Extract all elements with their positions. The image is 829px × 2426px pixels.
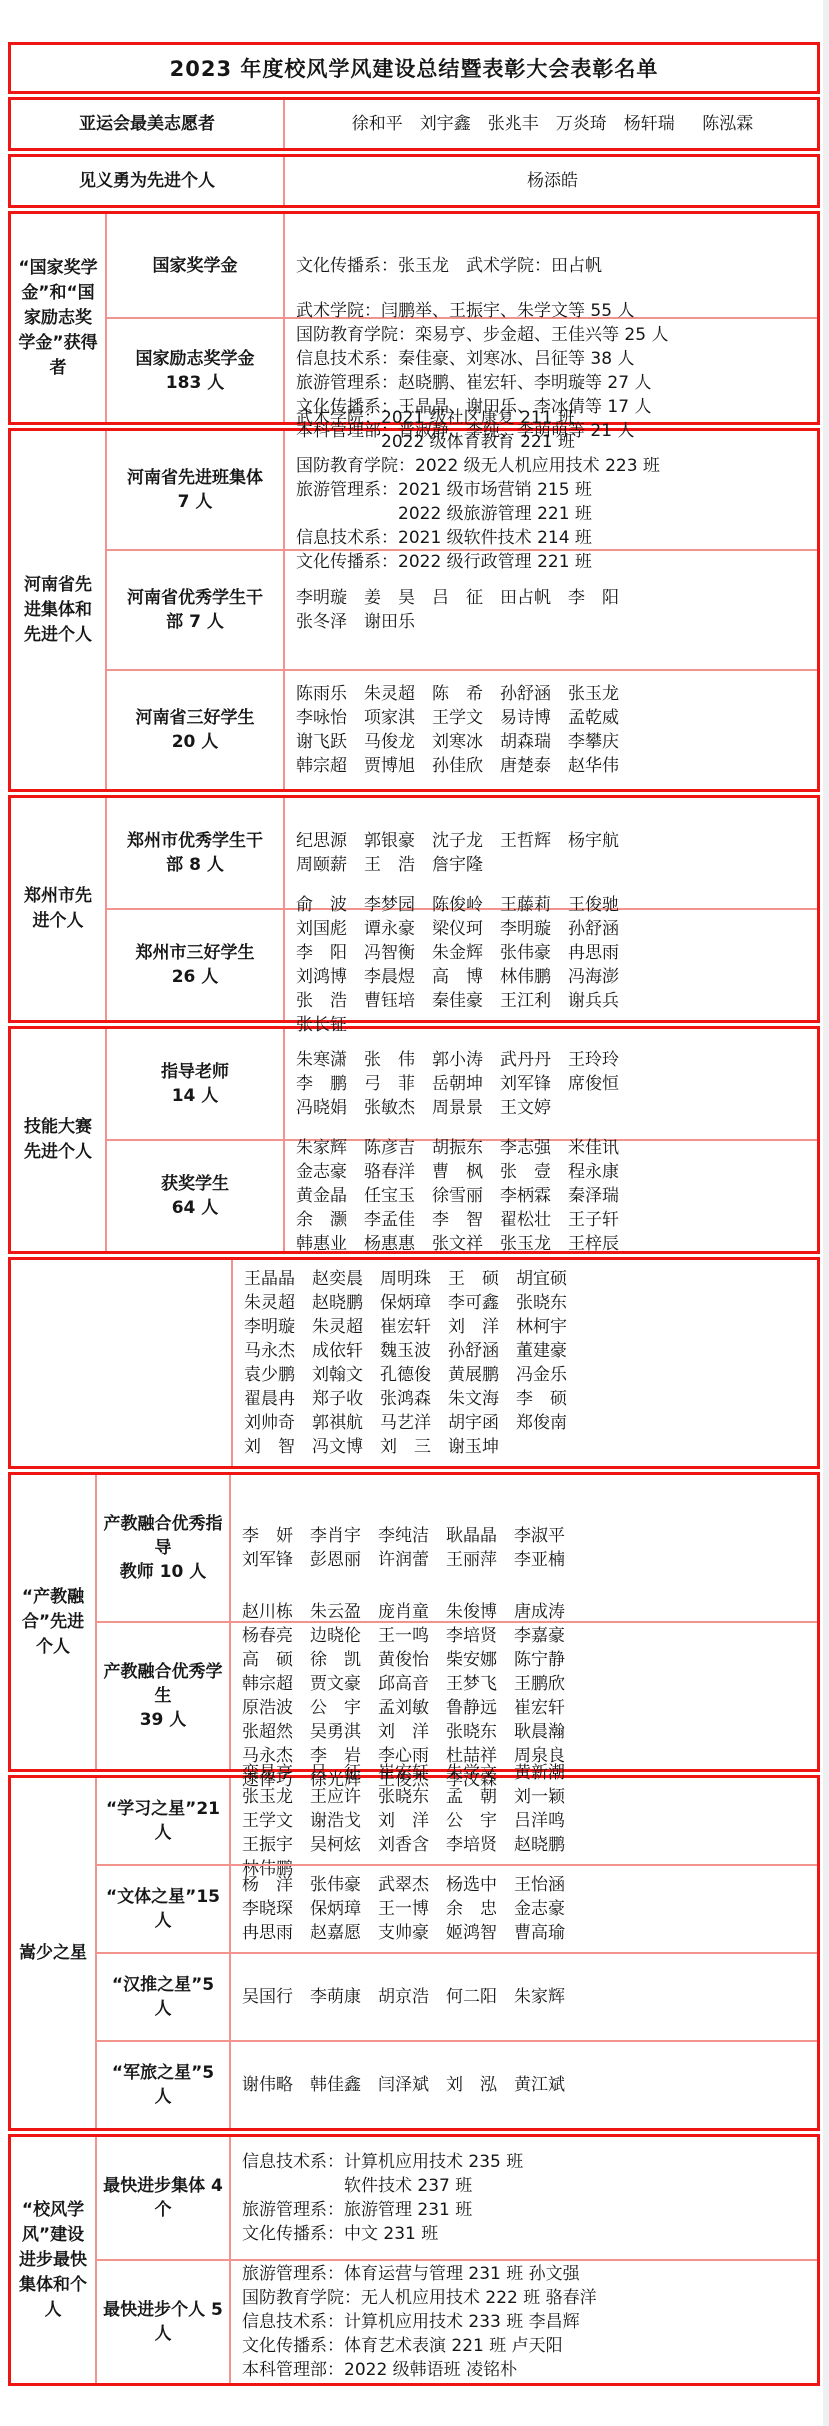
content-line: 国防教育学院：无人机应用技术 222 班 骆春洋 [242, 2286, 809, 2310]
award-row: 河南省先进班集体7 人武术学院：2021 级社区康复 211 班 2022 级体… [107, 431, 817, 549]
award-category-label: 河南省先进班集体7 人 [107, 431, 285, 549]
award-row: 获奖学生64 人朱家辉 陈彦吉 胡振东 李志强 米佳讯金志豪 骆春洋 曹 枫 张… [107, 1139, 817, 1251]
award-category-label: “学习之星”21 人 [97, 1778, 231, 1864]
section-rows: 产教融合优秀指导教师 10 人李 妍 李肖宇 李纯洁 耿晶晶 李淑平刘军锋 彭恩… [97, 1475, 817, 1769]
award-row: 王晶晶 赵奕晨 周明珠 王 硕 胡宜硕朱灵超 赵晓鹏 保炳璋 李可鑫 张晓东李明… [11, 1260, 817, 1466]
content-line: 武术学院：2021 级社区康复 211 班 [296, 406, 809, 430]
group-header: “国家奖学金”和“国家励志奖学金”获得者 [11, 214, 107, 422]
content-line: 李 阳 冯智衡 朱金辉 张伟豪 冉思雨 [296, 941, 809, 965]
content-line: 信息技术系：计算机应用技术 233 班 李昌辉 [242, 2310, 809, 2334]
award-category-label: 亚运会最美志愿者 [11, 100, 285, 148]
award-row: “军旅之星”5 人谢伟略 韩佳鑫 闫泽斌 刘 泓 黄江斌 [97, 2040, 817, 2128]
content-line: 武术学院：闫鹏举、王振宇、朱学文等 55 人 [296, 299, 809, 323]
award-recipients: 俞 波 李梦园 陈俊岭 王藤莉 王俊驰刘国彪 谭永豪 梁仪珂 李明璇 孙舒涵李 … [285, 910, 817, 1020]
section-rows: 国家奖学金文化传播系：张玉龙 武术学院：田占帆国家励志奖学金183 人武术学院：… [107, 214, 817, 422]
section-5: 技能大赛先进个人指导老师14 人朱寒潇 张 伟 郭小涛 武丹丹 王玲玲李 鹏 弓… [8, 1026, 820, 1254]
label-line: 国家励志奖学金 [136, 347, 255, 371]
content-line: 马永杰 成依轩 魏玉波 孙舒涵 董建豪 [244, 1339, 809, 1363]
label-line: 39 人 [140, 1708, 187, 1732]
label-line: 最快进步个人 5 人 [101, 2298, 225, 2346]
section-rows: 指导老师14 人朱寒潇 张 伟 郭小涛 武丹丹 王玲玲李 鹏 弓 菲 岳朝坤 刘… [107, 1029, 817, 1251]
content-line: 刘鸿博 李晨煜 高 博 林伟鹏 冯海澎 [296, 965, 809, 989]
award-recipients: 纪思源 郭银豪 沈子龙 王哲辉 杨宇航周颐薪 王 浩 詹宇隆 [285, 798, 817, 908]
content-line: 信息技术系：2021 级软件技术 214 班 [296, 526, 809, 550]
content-line: 李明璇 朱灵超 崔宏轩 刘 洋 林柯宇 [244, 1315, 809, 1339]
award-category-label: 国家奖学金 [107, 214, 285, 317]
award-row: “学习之星”21 人栾易亨 吕 征 崔宏轩 朱学文 黄新潮张玉龙 王应许 张晓东… [97, 1778, 817, 1864]
award-category-label: 指导老师14 人 [107, 1029, 285, 1139]
award-category-label: “军旅之星”5 人 [97, 2042, 231, 2128]
content-line: 2022 级体育教育 221 班 [296, 430, 809, 454]
content-line: 赵川栋 朱云盈 庞肖童 朱俊博 唐成涛 [242, 1600, 809, 1624]
label-line: 部 7 人 [166, 610, 224, 634]
content-line: 李咏怡 项家淇 王学文 易诗博 孟乾威 [296, 706, 809, 730]
award-row: “汉推之星”5 人吴国行 李萌康 胡京浩 何二阳 朱家辉 [97, 1952, 817, 2040]
content-line: 文化传播系：中文 231 班 [242, 2222, 809, 2246]
content-line: 周颐薪 王 浩 詹宇隆 [296, 853, 809, 877]
section-2: “国家奖学金”和“国家励志奖学金”获得者国家奖学金文化传播系：张玉龙 武术学院：… [8, 211, 820, 425]
award-category-label: 获奖学生64 人 [107, 1141, 285, 1251]
award-recipients: 朱寒潇 张 伟 郭小涛 武丹丹 王玲玲李 鹏 弓 菲 岳朝坤 刘军锋 席俊恒冯晓… [285, 1029, 817, 1139]
content-line: 高 硕 徐 凯 黄俊怡 柴安娜 陈宁静 [242, 1648, 809, 1672]
section-9: “校风学风”建设进步最快集体和个人最快进步集体 4 个信息技术系：计算机应用技术… [8, 2134, 820, 2386]
title-box: 2023 年度校风学风建设总结暨表彰大会表彰名单 [8, 42, 820, 94]
content-line: 原浩波 公 宇 孟刘敏 鲁静远 崔宏轩 [242, 1696, 809, 1720]
award-category-label: 国家励志奖学金183 人 [107, 319, 285, 422]
label-line: 产教融合优秀指导 [101, 1512, 225, 1560]
section-rows: 最快进步集体 4 个信息技术系：计算机应用技术 235 班 软件技术 237 班… [97, 2137, 817, 2383]
content-line: 杨添皓 [527, 169, 578, 193]
group-header: 郑州市先进个人 [11, 798, 107, 1020]
content-line: 刘 智 冯文博 刘 三 谢玉坤 [244, 1435, 809, 1459]
award-recipients: 信息技术系：计算机应用技术 235 班 软件技术 237 班旅游管理系：旅游管理… [231, 2137, 817, 2259]
group-header: “校风学风”建设进步最快集体和个人 [11, 2137, 97, 2383]
content-line: 李 鹏 弓 菲 岳朝坤 刘军锋 席俊恒 [296, 1072, 809, 1096]
section-rows: “学习之星”21 人栾易亨 吕 征 崔宏轩 朱学文 黄新潮张玉龙 王应许 张晓东… [97, 1778, 817, 2128]
label-line: 产教融合优秀学生 [101, 1660, 225, 1708]
award-category-label: 产教融合优秀学生39 人 [97, 1623, 231, 1769]
award-recipients: 徐和平 刘宇鑫 张兆丰 万炎琦 杨轩瑞 陈泓霖 [285, 100, 817, 148]
content-line: 国防教育学院：栾易亨、步金超、王佳兴等 25 人 [296, 323, 809, 347]
award-recipients: 杨 洋 张伟豪 武翠杰 杨选中 王怡涵李晓琛 保炳璋 王一博 余 忠 金志豪冉思… [231, 1866, 817, 1952]
label-line: “文体之星”15 人 [101, 1885, 225, 1933]
label-line: 国家奖学金 [153, 254, 238, 278]
content-line: 本科管理部：2022 级韩语班 凌铭朴 [242, 2358, 809, 2382]
award-recipients: 谢伟略 韩佳鑫 闫泽斌 刘 泓 黄江斌 [231, 2042, 817, 2128]
content-line: 李明璇 姜 昊 吕 征 田占帆 李 阳 [296, 586, 809, 610]
content-line: 王振宇 吴柯炫 刘香含 李培贤 赵晓鹏 [242, 1833, 809, 1857]
award-category-label: 河南省优秀学生干部 7 人 [107, 551, 285, 669]
award-recipients: 李明璇 姜 昊 吕 征 田占帆 李 阳张冬泽 谢田乐 [285, 551, 817, 669]
content-line: 刘国彪 谭永豪 梁仪珂 李明璇 孙舒涵 [296, 917, 809, 941]
content-line: 刘帅奇 郭祺航 马艺洋 胡宇函 郑俊南 [244, 1411, 809, 1435]
content-line: 李晓琛 保炳璋 王一博 余 忠 金志豪 [242, 1897, 809, 1921]
award-recipients: 武术学院：2021 级社区康复 211 班 2022 级体育教育 221 班国防… [285, 431, 817, 549]
award-recipients: 王晶晶 赵奕晨 周明珠 王 硕 胡宜硕朱灵超 赵晓鹏 保炳璋 李可鑫 张晓东李明… [233, 1260, 817, 1466]
section-8: 嵩少之星“学习之星”21 人栾易亨 吕 征 崔宏轩 朱学文 黄新潮张玉龙 王应许… [8, 1775, 820, 2131]
content-line: 韩宗超 贾博旭 孙佳欣 唐楚泰 赵华伟 [296, 754, 809, 778]
award-category-label: 见义勇为先进个人 [11, 157, 285, 205]
label-line: 郑州市三好学生 [136, 941, 255, 965]
label-line: “学习之星”21 人 [101, 1797, 225, 1845]
award-row: 见义勇为先进个人杨添皓 [11, 157, 817, 205]
content-line: 旅游管理系：体育运营与管理 231 班 孙文强 [242, 2262, 809, 2286]
award-row: 郑州市优秀学生干部 8 人纪思源 郭银豪 沈子龙 王哲辉 杨宇航周颐薪 王 浩 … [107, 798, 817, 908]
content-line: 张超然 吴勇淇 刘 洋 张晓东 耿晨瀚 [242, 1720, 809, 1744]
award-recipients: 栾易亨 吕 征 崔宏轩 朱学文 黄新潮张玉龙 王应许 张晓东 孟 朝 刘一颖王学… [231, 1778, 817, 1864]
content-line: 信息技术系：秦佳豪、刘寒冰、吕征等 38 人 [296, 347, 809, 371]
label-line: 20 人 [172, 730, 219, 754]
award-row: 指导老师14 人朱寒潇 张 伟 郭小涛 武丹丹 王玲玲李 鹏 弓 菲 岳朝坤 刘… [107, 1029, 817, 1139]
scan-page-edge [823, 0, 829, 2426]
group-header-text: 嵩少之星 [19, 1941, 87, 1966]
award-recipients: 吴国行 李萌康 胡京浩 何二阳 朱家辉 [231, 1954, 817, 2040]
content-line: 陈雨乐 朱灵超 陈 希 孙舒涵 张玉龙 [296, 682, 809, 706]
award-row: 郑州市三好学生26 人俞 波 李梦园 陈俊岭 王藤莉 王俊驰刘国彪 谭永豪 梁仪… [107, 908, 817, 1020]
label-line: 河南省优秀学生干 [127, 586, 263, 610]
content-line: 旅游管理系：旅游管理 231 班 [242, 2198, 809, 2222]
content-line: 旅游管理系：2021 级市场营销 215 班 [296, 478, 809, 502]
content-line: 王学文 谢浩戈 刘 洋 公 宇 吕洋鸣 [242, 1809, 809, 1833]
label-line: 14 人 [172, 1084, 219, 1108]
label-line: 获奖学生 [161, 1172, 229, 1196]
award-row: 河南省三好学生20 人陈雨乐 朱灵超 陈 希 孙舒涵 张玉龙李咏怡 项家淇 王学… [107, 669, 817, 789]
label-line: 河南省先进班集体 [127, 466, 263, 490]
content-line: 软件技术 237 班 [242, 2174, 809, 2198]
content-line: 刘军锋 彭恩丽 许润蕾 王丽萍 李亚楠 [242, 1548, 809, 1572]
group-header: 技能大赛先进个人 [11, 1029, 107, 1251]
content-line: 杨 洋 张伟豪 武翠杰 杨选中 王怡涵 [242, 1873, 809, 1897]
label-line: 183 人 [166, 371, 224, 395]
award-category-label: “汉推之星”5 人 [97, 1954, 231, 2040]
content-line: 国防教育学院：2022 级无人机应用技术 223 班 [296, 454, 809, 478]
label-line: 郑州市优秀学生干 [127, 829, 263, 853]
label-line: 见义勇为先进个人 [79, 169, 215, 193]
content-line: 朱灵超 赵晓鹏 保炳璋 李可鑫 张晓东 [244, 1291, 809, 1315]
label-line: “军旅之星”5 人 [101, 2061, 225, 2109]
content-line: 冯晓娟 张敏杰 周景景 王文婷 [296, 1096, 809, 1120]
label-line: 部 8 人 [166, 853, 224, 877]
section-4: 郑州市先进个人郑州市优秀学生干部 8 人纪思源 郭银豪 沈子龙 王哲辉 杨宇航周… [8, 795, 820, 1023]
award-recipients: 赵川栋 朱云盈 庞肖童 朱俊博 唐成涛杨春亮 边晓伦 王一鸣 李培贤 李嘉豪高 … [231, 1623, 817, 1769]
label-line: “汉推之星”5 人 [101, 1973, 225, 2021]
page-title: 2023 年度校风学风建设总结暨表彰大会表彰名单 [170, 53, 659, 83]
award-category-label: 郑州市优秀学生干部 8 人 [107, 798, 285, 908]
content-line: 信息技术系：计算机应用技术 235 班 [242, 2150, 809, 2174]
content-line: 张 浩 曹钰培 秦佳豪 王江利 谢兵兵 [296, 989, 809, 1013]
group-header-text: 河南省先进集体和先进个人 [16, 573, 100, 648]
label-line: 最快进步集体 4 个 [101, 2174, 225, 2222]
award-recipients: 陈雨乐 朱灵超 陈 希 孙舒涵 张玉龙李咏怡 项家淇 王学文 易诗博 孟乾威谢飞… [285, 671, 817, 789]
content-line: 袁少鹏 刘翰文 孔德俊 黄展鹏 冯金乐 [244, 1363, 809, 1387]
award-row: 河南省优秀学生干部 7 人李明璇 姜 昊 吕 征 田占帆 李 阳张冬泽 谢田乐 [107, 549, 817, 669]
section-rows: 郑州市优秀学生干部 8 人纪思源 郭银豪 沈子龙 王哲辉 杨宇航周颐薪 王 浩 … [107, 798, 817, 1020]
group-header: “产教融合”先进个人 [11, 1475, 97, 1769]
content-line: 栾易亨 吕 征 崔宏轩 朱学文 黄新潮 [242, 1761, 809, 1785]
award-recipients: 杨添皓 [285, 157, 817, 205]
section-6: 王晶晶 赵奕晨 周明珠 王 硕 胡宜硕朱灵超 赵晓鹏 保炳璋 李可鑫 张晓东李明… [8, 1257, 820, 1469]
award-recipients: 朱家辉 陈彦吉 胡振东 李志强 米佳讯金志豪 骆春洋 曹 枫 张 壹 程永康黄金… [285, 1141, 817, 1251]
section-1: 见义勇为先进个人杨添皓 [8, 154, 820, 208]
group-header: 河南省先进集体和先进个人 [11, 431, 107, 789]
award-category-label: “文体之星”15 人 [97, 1866, 231, 1952]
award-category-label: 产教融合优秀指导教师 10 人 [97, 1475, 231, 1621]
label-line: 亚运会最美志愿者 [79, 112, 215, 136]
award-category-label: 最快进步集体 4 个 [97, 2137, 231, 2259]
label-line: 指导老师 [161, 1060, 229, 1084]
content-line: 翟晨冉 郑子收 张鸿森 朱文海 李 硕 [244, 1387, 809, 1411]
content-line: 俞 波 李梦园 陈俊岭 王藤莉 王俊驰 [296, 893, 809, 917]
sections-host: 亚运会最美志愿者徐和平 刘宇鑫 张兆丰 万炎琦 杨轩瑞 陈泓霖见义勇为先进个人杨… [8, 97, 820, 2386]
content-line: 黄金晶 任宝玉 徐雪丽 李柄霖 秦泽瑞 [296, 1184, 809, 1208]
content-line: 朱寒潇 张 伟 郭小涛 武丹丹 王玲玲 [296, 1048, 809, 1072]
content-line: 杨春亮 边晓伦 王一鸣 李培贤 李嘉豪 [242, 1624, 809, 1648]
content-line: 韩惠业 杨惠惠 张文祥 张玉龙 王梓辰 [296, 1232, 809, 1256]
group-header-text: 技能大赛先进个人 [16, 1115, 100, 1165]
label-line: 7 人 [178, 490, 213, 514]
group-header-text: “产教融合”先进个人 [16, 1585, 90, 1660]
content-line: 金志豪 骆春洋 曹 枫 张 壹 程永康 [296, 1160, 809, 1184]
award-row: 最快进步集体 4 个信息技术系：计算机应用技术 235 班 软件技术 237 班… [97, 2137, 817, 2259]
content-line: 2022 级旅游管理 221 班 [296, 502, 809, 526]
content-line: 谢飞跃 马俊龙 刘寒冰 胡森瑞 李攀庆 [296, 730, 809, 754]
content-line: 徐和平 刘宇鑫 张兆丰 万炎琦 杨轩瑞 陈泓霖 [352, 112, 753, 136]
group-header-text: “校风学风”建设进步最快集体和个人 [16, 2198, 90, 2323]
award-row: 亚运会最美志愿者徐和平 刘宇鑫 张兆丰 万炎琦 杨轩瑞 陈泓霖 [11, 100, 817, 148]
content-line: 李 妍 李肖宇 李纯洁 耿晶晶 李淑平 [242, 1524, 809, 1548]
award-category-label: 郑州市三好学生26 人 [107, 910, 285, 1020]
content-line: 谢伟略 韩佳鑫 闫泽斌 刘 泓 黄江斌 [242, 2073, 809, 2097]
label-line: 64 人 [172, 1196, 219, 1220]
award-row: 最快进步个人 5 人旅游管理系：体育运营与管理 231 班 孙文强国防教育学院：… [97, 2259, 817, 2383]
content-line: 文化传播系：张玉龙 武术学院：田占帆 [296, 254, 809, 278]
label-line: 26 人 [172, 965, 219, 989]
content-line: 文化传播系：体育艺术表演 221 班 卢天阳 [242, 2334, 809, 2358]
section-rows: 河南省先进班集体7 人武术学院：2021 级社区康复 211 班 2022 级体… [107, 431, 817, 789]
content-line: 冉思雨 赵嘉愿 支帅豪 姬鸿智 曹高瑜 [242, 1921, 809, 1945]
group-header-text: “国家奖学金”和“国家励志奖学金”获得者 [16, 256, 100, 381]
content-line: 王晶晶 赵奕晨 周明珠 王 硕 胡宜硕 [244, 1267, 809, 1291]
section-0: 亚运会最美志愿者徐和平 刘宇鑫 张兆丰 万炎琦 杨轩瑞 陈泓霖 [8, 97, 820, 151]
group-header-text: 郑州市先进个人 [16, 884, 100, 934]
label-line: 河南省三好学生 [136, 706, 255, 730]
section-7: “产教融合”先进个人产教融合优秀指导教师 10 人李 妍 李肖宇 李纯洁 耿晶晶… [8, 1472, 820, 1772]
content-line: 韩宗超 贾文豪 邱高音 王梦飞 王鹏欣 [242, 1672, 809, 1696]
group-header: 嵩少之星 [11, 1778, 97, 2128]
content-line: 张冬泽 谢田乐 [296, 610, 809, 634]
content-line: 朱家辉 陈彦吉 胡振东 李志强 米佳讯 [296, 1136, 809, 1160]
content-line: 纪思源 郭银豪 沈子龙 王哲辉 杨宇航 [296, 829, 809, 853]
commendation-document: 2023 年度校风学风建设总结暨表彰大会表彰名单 亚运会最美志愿者徐和平 刘宇鑫… [0, 0, 829, 2426]
content-line: 余 灏 李孟佳 李 智 翟松壮 王子轩 [296, 1208, 809, 1232]
award-category-label: 最快进步个人 5 人 [97, 2261, 231, 2383]
award-row: “文体之星”15 人杨 洋 张伟豪 武翠杰 杨选中 王怡涵李晓琛 保炳璋 王一博… [97, 1864, 817, 1952]
content-line: 旅游管理系：赵晓鹏、崔宏轩、李明璇等 27 人 [296, 371, 809, 395]
label-line: 教师 10 人 [120, 1560, 207, 1584]
content-line: 张玉龙 王应许 张晓东 孟 朝 刘一颖 [242, 1785, 809, 1809]
content-line: 吴国行 李萌康 胡京浩 何二阳 朱家辉 [242, 1985, 809, 2009]
award-row: 产教融合优秀学生39 人赵川栋 朱云盈 庞肖童 朱俊博 唐成涛杨春亮 边晓伦 王… [97, 1621, 817, 1769]
award-category-label [11, 1260, 233, 1466]
award-category-label: 河南省三好学生20 人 [107, 671, 285, 789]
award-recipients: 旅游管理系：体育运营与管理 231 班 孙文强国防教育学院：无人机应用技术 22… [231, 2261, 817, 2383]
section-3: 河南省先进集体和先进个人河南省先进班集体7 人武术学院：2021 级社区康复 2… [8, 428, 820, 792]
